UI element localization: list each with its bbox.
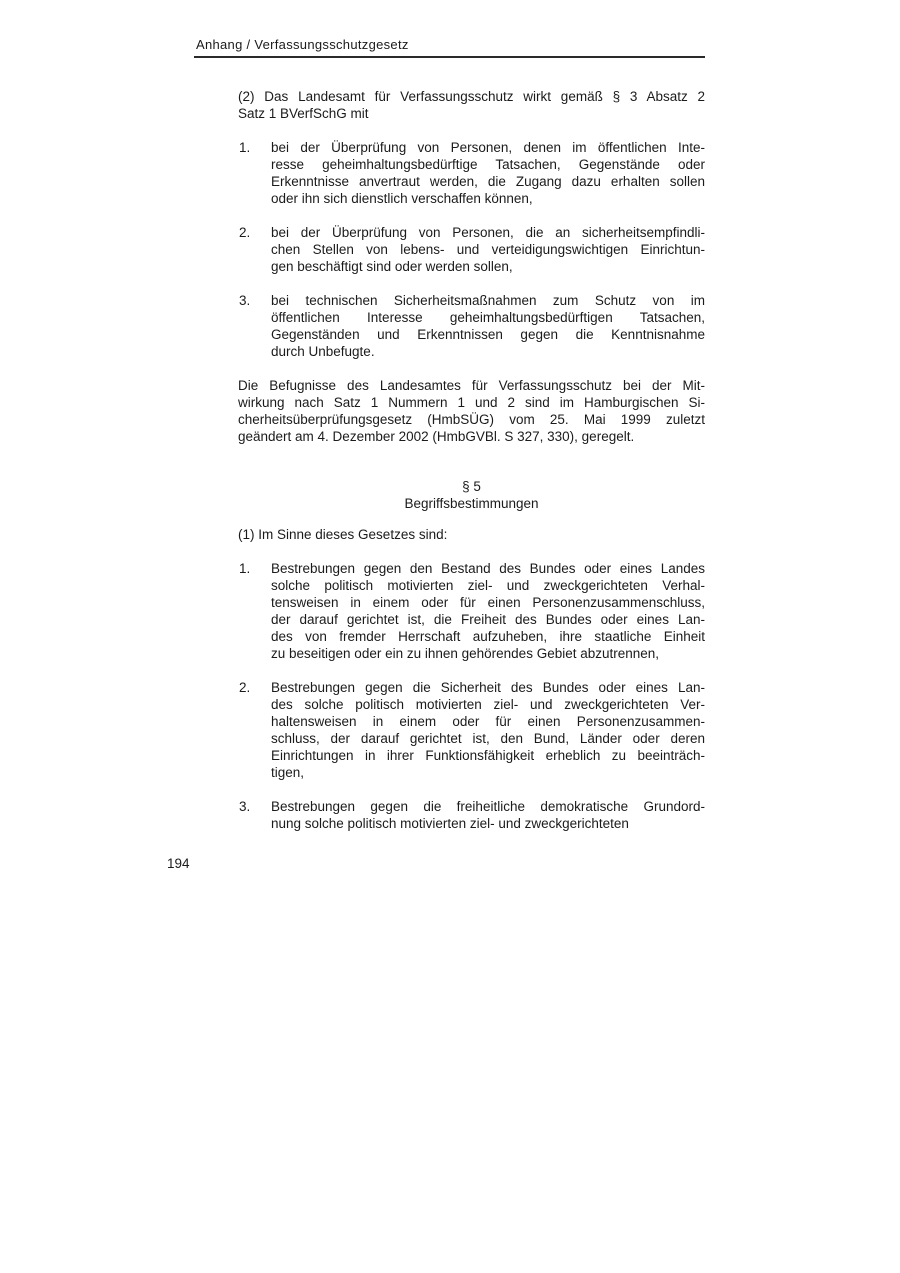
list-item-number: 2. bbox=[239, 679, 250, 696]
text-line: öffentlichen Interesse geheimhaltungsbed… bbox=[271, 309, 705, 326]
paragraph: Die Befugnisse des Landesamtes für Verfa… bbox=[238, 377, 705, 445]
list-item-number: 1. bbox=[239, 560, 250, 577]
text-line: bei der Überprüfung von Personen, denen … bbox=[271, 139, 705, 156]
list-item-number: 3. bbox=[239, 798, 250, 815]
paragraph: (2) Das Landesamt für Verfassungsschutz … bbox=[238, 88, 705, 122]
text-line: schluss, der darauf gerichtet ist, den B… bbox=[271, 730, 705, 747]
page-number: 194 bbox=[167, 855, 190, 872]
text-line: Einrichtungen in ihrer Funktionsfähigkei… bbox=[271, 747, 705, 764]
text-line: Die Befugnisse des Landesamtes für Verfa… bbox=[238, 377, 705, 394]
text-line: des solche politisch motivierten ziel- u… bbox=[271, 696, 705, 713]
text-line: haltensweisen in einem oder für einen Pe… bbox=[271, 713, 705, 730]
text-line: solche politisch motivierten ziel- und z… bbox=[271, 577, 705, 594]
list-item: 1.bei der Überprüfung von Personen, dene… bbox=[238, 139, 705, 207]
text-line: § 5 bbox=[238, 478, 705, 495]
list-item-number: 1. bbox=[239, 139, 250, 156]
text-line: durch Unbefugte. bbox=[271, 343, 705, 360]
text-line: Bestrebungen gegen die freiheitliche dem… bbox=[271, 798, 705, 815]
text-line: geändert am 4. Dezember 2002 (HmbGVBl. S… bbox=[238, 428, 705, 445]
list-item-number: 2. bbox=[239, 224, 250, 241]
text-line: (2) Das Landesamt für Verfassungsschutz … bbox=[238, 88, 705, 105]
text-line: tigen, bbox=[271, 764, 705, 781]
text-line: resse geheimhaltungsbedürftige Tatsachen… bbox=[271, 156, 705, 173]
text-line: tensweisen in einem oder für einen Perso… bbox=[271, 594, 705, 611]
header-rule bbox=[194, 56, 705, 58]
text-line: zu beseitigen oder ein zu ihnen gehörend… bbox=[271, 645, 705, 662]
list-item: 2.bei der Überprüfung von Personen, die … bbox=[238, 224, 705, 275]
text-line: Satz 1 BVerfSchG mit bbox=[238, 105, 705, 122]
section-heading: § 5Begriffsbestimmungen bbox=[238, 478, 705, 512]
list-item: 3.bei technischen Sicherheitsmaßnahmen z… bbox=[238, 292, 705, 360]
document-page: Anhang / Verfassungsschutzgesetz (2) Das… bbox=[0, 0, 900, 1273]
running-header-text: Anhang / Verfassungsschutzgesetz bbox=[196, 37, 409, 52]
text-line: bei der Überprüfung von Personen, die an… bbox=[271, 224, 705, 241]
text-line: cherheitsüberprüfungsgesetz (HmbSÜG) vom… bbox=[238, 411, 705, 428]
text-line: nung solche politisch motivierten ziel- … bbox=[271, 815, 705, 832]
text-line: der darauf gerichtet ist, die Freiheit d… bbox=[271, 611, 705, 628]
text-line: gen beschäftigt sind oder werden sollen, bbox=[271, 258, 705, 275]
text-line: Erkenntnisse anvertraut werden, die Zuga… bbox=[271, 173, 705, 190]
paragraph: (1) Im Sinne dieses Gesetzes sind: bbox=[238, 526, 705, 543]
running-header: Anhang / Verfassungsschutzgesetz bbox=[196, 36, 409, 53]
text-line: chen Stellen von lebens- und verteidigun… bbox=[271, 241, 705, 258]
list-item: 1.Bestrebungen gegen den Bestand des Bun… bbox=[238, 560, 705, 662]
text-line: bei technischen Sicherheitsmaßnahmen zum… bbox=[271, 292, 705, 309]
text-line: wirkung nach Satz 1 Nummern 1 und 2 sind… bbox=[238, 394, 705, 411]
text-line: Bestrebungen gegen die Sicherheit des Bu… bbox=[271, 679, 705, 696]
list-item: 2.Bestrebungen gegen die Sicherheit des … bbox=[238, 679, 705, 781]
text-line: oder ihn sich dienstlich verschaffen kön… bbox=[271, 190, 705, 207]
list-item-number: 3. bbox=[239, 292, 250, 309]
text-line: Gegenständen und Erkenntnissen gegen die… bbox=[271, 326, 705, 343]
text-line: Begriffsbestimmungen bbox=[238, 495, 705, 512]
text-line: Bestrebungen gegen den Bestand des Bunde… bbox=[271, 560, 705, 577]
list-item: 3.Bestrebungen gegen die freiheitliche d… bbox=[238, 798, 705, 832]
page-body: (2) Das Landesamt für Verfassungsschutz … bbox=[238, 88, 705, 849]
text-line: (1) Im Sinne dieses Gesetzes sind: bbox=[238, 526, 705, 543]
text-line: des von fremder Herrschaft aufzuheben, i… bbox=[271, 628, 705, 645]
